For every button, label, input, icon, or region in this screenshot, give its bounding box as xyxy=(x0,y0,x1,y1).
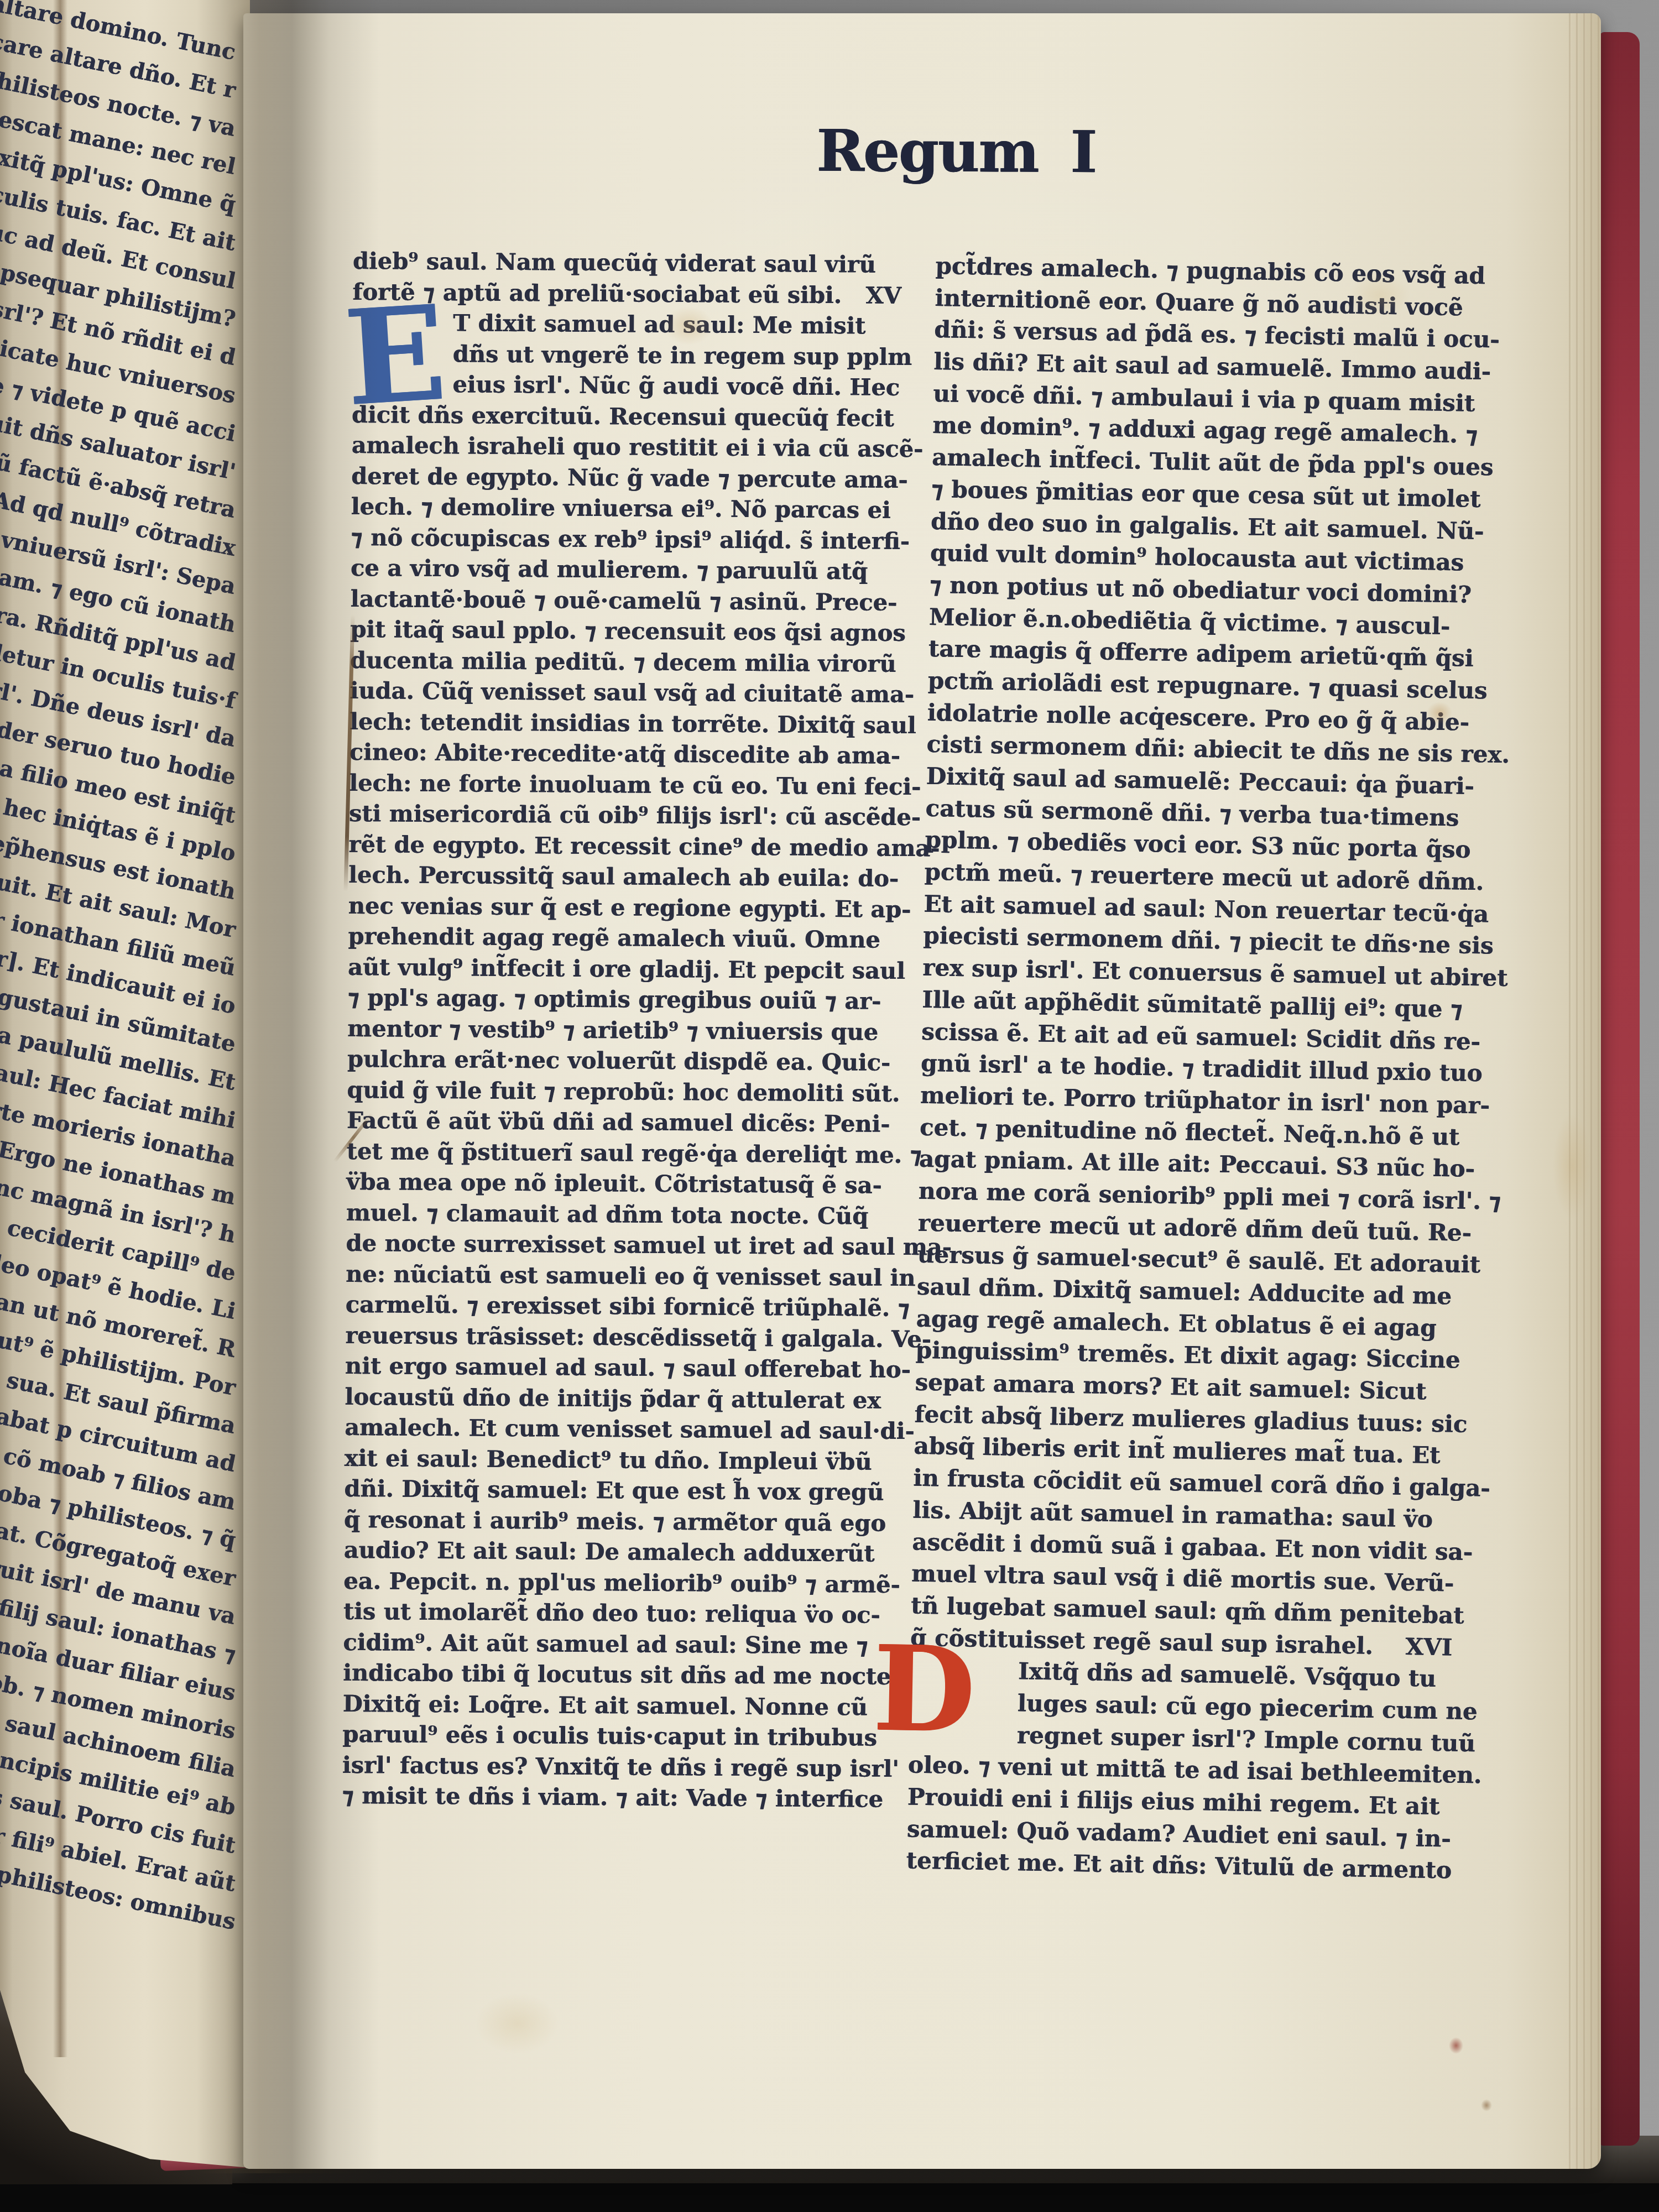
text-line: aũt vulg⁹ int̃fecit i ore gladij. Et pep… xyxy=(348,951,919,986)
text-line: carmelũ. ⁊ erexisset sibi fornicẽ triũph… xyxy=(345,1289,916,1324)
text-line: ⁊ ppl's agag. ⁊ optimis gregibus ouiũ ⁊ … xyxy=(347,982,918,1017)
text-line: lech: ne forte inuoluam te cũ eo. Tu eni… xyxy=(349,767,920,802)
text-line: dñi. Dixitq̃ samuel: Et que est h̃ vox g… xyxy=(344,1473,915,1508)
text-line: ⁊ misit te dñs i viam. ⁊ ait: Vade ⁊ int… xyxy=(342,1780,912,1815)
text-line: amalech israheli quo restitit ei i via c… xyxy=(351,430,922,465)
text-line: v̈ba mea ope nõ ipleuit. Cõtristatusq̃ ẽ… xyxy=(346,1166,917,1201)
text-line: rẽt de egypto. Et recessit cine⁹ de medi… xyxy=(348,828,919,863)
text-line: amalech. Et cum venisset samuel ad saul·… xyxy=(345,1412,915,1447)
text-line: dieb⁹ saul. Nam quecũq̇ viderat saul vir… xyxy=(353,246,924,280)
photograph-of-book: saul altare domino. Tuncdificare altare … xyxy=(0,0,1659,2212)
running-title-numeral: I xyxy=(1070,118,1097,186)
text-line: pulchra erãt·nec voluerũt dispdẽ ea. Qui… xyxy=(347,1044,918,1078)
text-line: cineo: Abite·recedite·atq̃ discedite ab … xyxy=(349,737,920,771)
text-line: quid g̃ vile fuit ⁊ reprobũ: hoc demolit… xyxy=(347,1074,917,1109)
text-line: q̃ resonat i aurib⁹ meis. ⁊ armẽtor quã … xyxy=(344,1504,915,1538)
chapter-15-initial: E xyxy=(342,298,454,421)
stain xyxy=(476,1993,559,2054)
text-line: ducenta milia peditũ. ⁊ decem milia viro… xyxy=(350,644,921,679)
text-line: ne: nũciatũ est samueli eo q̃ venisset s… xyxy=(346,1258,916,1293)
text-line: sti misericordiã cũ oib⁹ filijs isrl': c… xyxy=(349,798,920,833)
text-line: mentor ⁊ vestib⁹ ⁊ arietib⁹ ⁊ vniuersis … xyxy=(347,1013,918,1047)
text-line: tet me q̃ p̃stituerĩ saul regẽ·q̇a derel… xyxy=(346,1135,917,1170)
text-line: lech. ⁊ demolire vniuersa ei⁹. Nõ parcas… xyxy=(351,491,922,526)
stain xyxy=(1481,2099,1492,2111)
text-line: deret de egypto. Nũc g̃ vade ⁊ percute a… xyxy=(351,460,922,495)
text-line: cidim⁹. Ait aũt samuel ad saul: Sine me … xyxy=(343,1626,914,1661)
page-stack-right-edge xyxy=(1569,13,1601,2169)
text-line: reuersus trãsisset: descẽdissetq̃ i galg… xyxy=(345,1319,916,1354)
previous-page: saul altare domino. Tuncdificare altare … xyxy=(0,0,250,2168)
text-line: pit itaq̃ saul pplo. ⁊ recensuit eos q̃s… xyxy=(350,614,921,649)
running-title-text: Regum xyxy=(816,117,1039,186)
text-line: lech: tetendit insidias in torrẽte. Dixi… xyxy=(349,706,920,740)
text-line: lactantẽ·bouẽ ⁊ ouẽ·camelũ ⁊ asinũ. Prec… xyxy=(350,583,921,618)
text-line: ea. Pepcit. n. ppl'us meliorib⁹ ouib⁹ ⁊ … xyxy=(343,1565,914,1600)
stain xyxy=(1449,2037,1463,2054)
text-line: lech. Percussitq̃ saul amalech ab euila:… xyxy=(348,859,919,894)
text-line: nit ergo samuel ad saul. ⁊ saul offereba… xyxy=(345,1350,916,1385)
text-line: ce a viro vsq̃ ad mulierem. ⁊ paruulũ at… xyxy=(351,552,921,587)
table-edge xyxy=(0,2183,1659,2212)
text-line: prehendit agag regẽ amalech viuũ. Omne xyxy=(348,921,919,956)
main-page: RegumI E dieb⁹ saul. Nam quecũq̇ viderat… xyxy=(243,13,1601,2169)
text-line: audio? Et ait saul: De amalech adduxerũt xyxy=(343,1535,914,1569)
text-line: locaustũ dño de initijs p̃dar q̃ attuler… xyxy=(345,1381,915,1416)
previous-page-text: saul altare domino. Tuncdificare altare … xyxy=(0,0,240,1893)
text-line: isrl' factus es? Vnxitq̃ te dñs i regẽ s… xyxy=(342,1749,913,1784)
text-line: Dixitq̃ ei: Loq̃re. Et ait samuel. Nonne… xyxy=(342,1688,913,1723)
text-column-left: E dieb⁹ saul. Nam quecũq̇ viderat saul v… xyxy=(342,246,924,1815)
text-line: muel. ⁊ clamauit ad dñm tota nocte. Cũq̃ xyxy=(346,1197,917,1232)
text-line: indicabo tibi q̃ locutus sit dñs ad me n… xyxy=(343,1657,914,1692)
book-red-fore-edge xyxy=(1600,32,1640,2146)
text-line: Factũ ẽ aũt v̈bũ dñi ad samuel dicẽs: Pe… xyxy=(347,1105,917,1140)
text-line: xit ei saul: Benedict⁹ tu dño. Impleui v… xyxy=(345,1442,915,1477)
chapter-16-initial: D xyxy=(872,1638,984,1751)
text-line: tis ut imolarẽt̃ dño deo tuo: reliqua v̈… xyxy=(343,1596,914,1631)
running-title: RegumI xyxy=(741,116,1173,186)
text-line: iuda. Cũq̃ venisset saul vsq̃ ad ciuitat… xyxy=(349,675,920,710)
text-column-right: D pct̃dres amalech. ⁊ pugnabis cõ eos vs… xyxy=(906,250,1559,1888)
text-line: paruul⁹ eẽs i oculis tuis·caput in tribu… xyxy=(342,1719,913,1754)
text-line: de nocte surrexisset samuel ut iret ad s… xyxy=(346,1228,916,1262)
text-line: nec venias sur q̃ est e regione egypti. … xyxy=(348,890,919,925)
text-line: ⁊ nõ cõcupiscas ex reb⁹ ipsi⁹ aliq́d. s̃… xyxy=(351,521,921,556)
